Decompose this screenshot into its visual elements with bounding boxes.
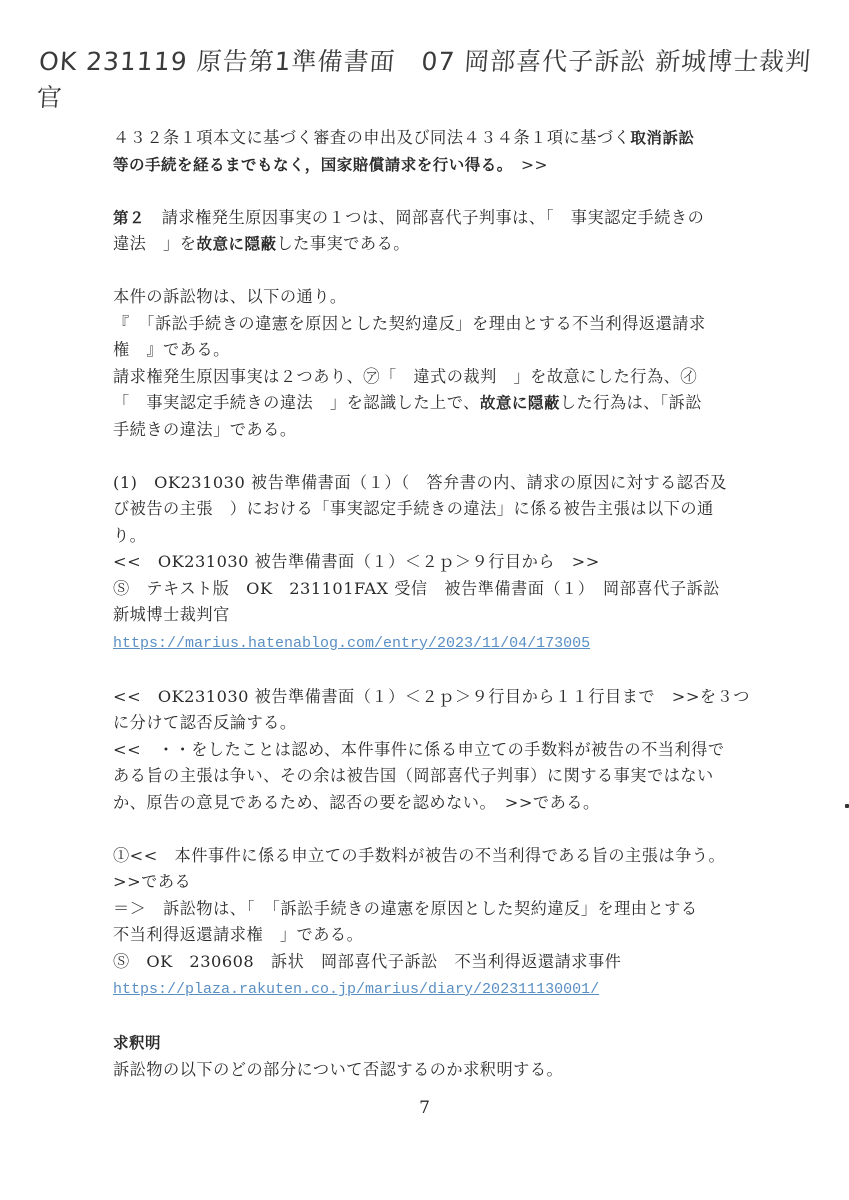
text: した事実である。 (276, 234, 410, 253)
text-line: 「 事実認定手続きの違法 」を認識した上で、故意に隠蔽した行為は、「訴訟 (113, 390, 783, 417)
text-line: 新城博士裁判官 (113, 602, 783, 629)
text-line: び被告の主張 ）における「事実認定手続きの違法」に係る被告主張は以下の通 (113, 496, 783, 523)
text-line: ①<< 本件事件に係る申立ての手数料が被告の不当利得である旨の主張は争う。 (113, 843, 783, 870)
text-line: ４３２条１項本文に基づく審査の申出及び同法４３４条１項に基づく取消訴訟 (113, 125, 783, 152)
page-number: 7 (0, 1098, 849, 1118)
text-line: 本件の訴訟物は、以下の通り。 (113, 284, 783, 311)
text-line: ＝＞ 訴訟物は、「 「訴訟手続きの違憲を原因とした契約違反」を理由とする (113, 896, 783, 923)
text-line: 等の手続を経るまでもなく，国家賠償請求を行い得る。 >> (113, 152, 783, 179)
bold-text: 等の手続を経るまでもなく，国家賠償請求を行い得る。 (113, 156, 505, 174)
text-line: << ・・をしたことは認め、本件事件に係る申立ての手数料が被告の不当利得で (113, 737, 783, 764)
document-body: ４３２条１項本文に基づく審査の申出及び同法４３４条１項に基づく取消訴訟 等の手続… (113, 125, 783, 1083)
scan-speck (845, 804, 849, 808)
handwritten-note: OK 231119 原告第1準備書面 07 岡部喜代子訴訟 新城博士裁判官 (35, 42, 820, 114)
text-line: 訴訟物の以下のどの部分について否認するのか求釈明する。 (113, 1057, 783, 1084)
text-line: Ⓢ OK 230608 訴状 岡部喜代子訴訟 不当利得返還請求事件 (113, 949, 783, 976)
text: 違法 」を (113, 234, 196, 253)
text-line: ある旨の主張は争い、その余は被告国（岡部喜代子判事）に関する事実ではない (113, 763, 783, 790)
text-line: (1) OK231030 被告準備書面（１）（ 答弁書の内、請求の原因に対する認… (113, 470, 783, 497)
text-line: か、原告の意見であるため、認否の要を認めない。 >>である。 (113, 790, 783, 817)
bold-text: 取消訴訟 (630, 129, 694, 147)
text-line: 権 』である。 (113, 337, 783, 364)
text-line: 違法 」を故意に隠蔽した事実である。 (113, 231, 783, 258)
text-line: 請求権発生原因事実は２つあり、㋐「 違式の裁判 」を故意にした行為、㋑ (113, 364, 783, 391)
text-line: << OK231030 被告準備書面（１）＜２ｐ＞９行目から１１行目まで >>を… (113, 684, 783, 711)
section-heading: 求釈明 (113, 1030, 783, 1057)
bold-text: 故意に隠蔽 (196, 235, 276, 253)
section-heading: 第２ (113, 209, 145, 227)
text: した行為は、「訴訟 (560, 393, 702, 412)
section-2-line: 第２ 請求権発生原因事実の１つは、岡部喜代子判事は、「 事実認定手続きの (113, 205, 783, 232)
text-line: り。 (113, 523, 783, 550)
text-line: 不当利得返還請求権 」である。 (113, 922, 783, 949)
text-line: << OK231030 被告準備書面（１）＜２ｐ＞９行目から >> (113, 549, 783, 576)
text-line: 『 「訴訟手続きの違憲を原因とした契約違反」を理由とする不当利得返還請求 (113, 311, 783, 338)
bold-text: 故意に隠蔽 (480, 394, 560, 412)
text-line: 手続きの違法」である。 (113, 417, 783, 444)
text: ４３２条１項本文に基づく審査の申出及び同法４３４条１項に基づく (113, 128, 630, 147)
rakuten-link[interactable]: https://plaza.rakuten.co.jp/marius/diary… (113, 981, 599, 998)
text-line: >>である (113, 869, 783, 896)
text: >> (505, 156, 548, 174)
text: 「 事実認定手続きの違法 」を認識した上で、 (113, 393, 480, 412)
text-line: に分けて認否反論する。 (113, 710, 783, 737)
text: 請求権発生原因事実の１つは、岡部喜代子判事は、「 事実認定手続きの (145, 208, 704, 227)
text-line: Ⓢ テキスト版 OK 231101FAX 受信 被告準備書面（１） 岡部喜代子訴… (113, 576, 783, 603)
hatenablog-link[interactable]: https://marius.hatenablog.com/entry/2023… (113, 635, 590, 652)
